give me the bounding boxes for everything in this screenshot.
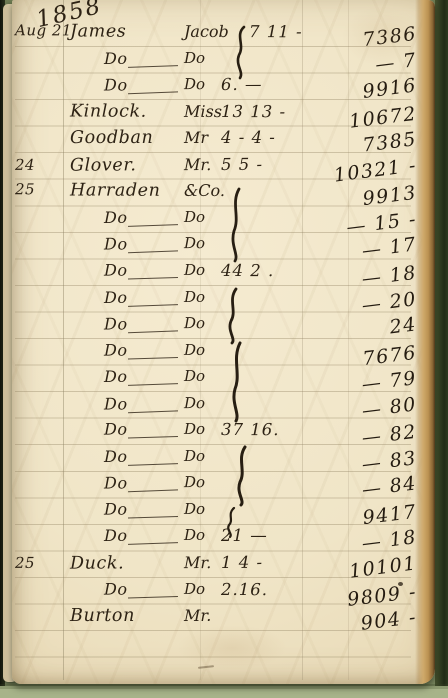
entry-name: Do (104, 314, 128, 333)
ledger-row: Do Do 21 — — 18 (12, 524, 435, 551)
ditto-flourish (128, 490, 178, 493)
entry-detail: Do (184, 340, 205, 358)
ditto-flourish (128, 251, 178, 254)
entry-amount: 44 2 . (221, 261, 274, 280)
ditto-flourish (128, 516, 178, 519)
entry-name: Do (104, 288, 128, 307)
entry-name: Kinlock. (70, 101, 147, 121)
paper-stain (177, 625, 287, 670)
entry-name: Do (104, 367, 128, 386)
ledger-row: Burton Mr. 904 - (12, 604, 435, 631)
ditto-flourish (128, 224, 178, 227)
entry-name: James (70, 21, 126, 41)
ditto-flourish (128, 304, 178, 307)
ditto-flourish (128, 65, 178, 68)
entry-detail: Mr. (184, 155, 211, 174)
entry-detail: Do (184, 420, 205, 438)
entry-detail: Do (184, 447, 205, 465)
entry-name: Harraden (70, 181, 161, 201)
entry-date: 25 (15, 554, 61, 572)
entry-amount: 21 — (221, 526, 268, 545)
entry-amount: 2.16. (221, 580, 268, 599)
entry-detail: Do (184, 500, 205, 518)
ledger-row: Do Do 2.16. 9809 - (12, 577, 435, 605)
entry-name: Do (104, 579, 128, 598)
ledger-row: Do Do — 84 (12, 470, 435, 499)
entry-detail: Miss (184, 102, 222, 121)
ditto-flourish (128, 91, 178, 94)
entry-name: Do (104, 499, 128, 518)
entry-detail: Do (184, 234, 205, 252)
entry-detail: Do (184, 526, 205, 544)
entry-detail: Do (184, 394, 205, 412)
entry-detail: Do (184, 261, 205, 279)
background-right-band (435, 0, 448, 698)
entry-name: Do (104, 49, 128, 68)
entry-balance: 904 - (284, 606, 418, 644)
ledger-row: Do Do 6. — 9916 (12, 72, 435, 101)
ledger-row: Goodban Mr 4 - 4 - 7385 (12, 126, 435, 153)
ledger-row: Do Do — 79 (12, 365, 435, 392)
entry-date: 24 (15, 155, 61, 173)
entry-detail: Do (184, 288, 205, 306)
ditto-flourish (128, 410, 178, 413)
entry-name: Do (104, 76, 128, 95)
entry-amount: 1 4 - (221, 553, 263, 572)
entry-detail: Do (184, 49, 205, 67)
ditto-flourish (128, 357, 178, 360)
entry-amount: 37 16. (221, 420, 280, 439)
ledger-row: Aug 21 James Jacob 7 11 - 7386 (12, 19, 435, 47)
entry-name: Do (104, 208, 128, 227)
ledger-row: 25 Harraden &Co. 9913 (12, 179, 435, 207)
entry-detail: &Co. (184, 181, 225, 200)
entry-name: Goodban (70, 128, 153, 148)
ditto-flourish (128, 383, 178, 386)
entry-detail: Mr. (184, 606, 211, 625)
entry-date: Aug 21 (15, 21, 61, 39)
ditto-flourish (128, 436, 178, 439)
ledger-row: Do Do 7676 (12, 338, 435, 366)
entry-name: Duck. (70, 553, 124, 573)
ledger-row: Do Do — 17 (12, 231, 435, 260)
ledger-row: 25 Duck. Mr. 1 4 - 10101 (12, 550, 435, 579)
ditto-flourish (128, 277, 178, 280)
ditto-flourish (128, 330, 178, 333)
entry-date: 25 (15, 181, 61, 199)
entry-detail: Do (184, 579, 205, 597)
entry-detail: Mr (184, 128, 208, 147)
ledger-row: Do Do 9417 (12, 497, 435, 525)
entry-detail: Jacob (184, 22, 229, 41)
ledger-row: Do Do — 20 (12, 286, 435, 313)
ledger-row: 24 Glover. Mr. 5 5 - 10321 - (12, 152, 435, 181)
entry-amount: 13 13 - (221, 102, 286, 121)
ditto-flourish (128, 463, 178, 466)
entry-name: Do (104, 526, 128, 545)
entry-name: Do (104, 420, 128, 439)
ledger-row: Do Do 44 2 . — 18 (12, 258, 435, 286)
entry-name: Glover. (70, 155, 137, 175)
ledger-row: Do Do — 7 (12, 47, 435, 74)
entry-detail: Do (184, 367, 205, 385)
entry-name: Do (104, 235, 128, 254)
ledger-row: Do Do 37 16. — 82 (12, 418, 435, 446)
ledger-row: Do Do — 83 (12, 445, 435, 472)
entry-detail: Do (184, 208, 205, 226)
entry-amount: 5 5 - (221, 155, 263, 174)
entry-detail: Do (184, 473, 205, 491)
ledger-row: Do Do — 80 (12, 391, 435, 420)
ledger-row: Kinlock. Miss 13 13 - 10672 (12, 99, 435, 127)
entry-name: Do (104, 261, 128, 280)
entry-amount: 6. — (221, 75, 263, 94)
entry-detail: Do (184, 75, 205, 93)
entry-detail: Mr. (184, 553, 211, 572)
ledger-page: 1858 Aug 21 James Jacob 7 11 - 7386 Do D… (12, 0, 435, 684)
ink-smudge (198, 665, 214, 669)
background-bottom-band (0, 684, 448, 698)
entry-name: Do (104, 447, 128, 466)
ditto-flourish (128, 596, 178, 599)
entry-name: Do (104, 474, 128, 493)
photo-background: 1858 Aug 21 James Jacob 7 11 - 7386 Do D… (0, 0, 448, 698)
entry-detail: Do (184, 314, 205, 332)
book-fore-edge (415, 0, 435, 684)
entry-amount: 4 - 4 - (221, 128, 276, 147)
entry-name: Burton (70, 606, 135, 626)
entry-name: Do (104, 394, 128, 413)
ledger-row: Do Do 24 (12, 311, 435, 340)
entry-name: Do (104, 340, 128, 359)
ledger-row: Do Do — 15 - (12, 206, 435, 233)
ditto-flourish (128, 543, 178, 546)
